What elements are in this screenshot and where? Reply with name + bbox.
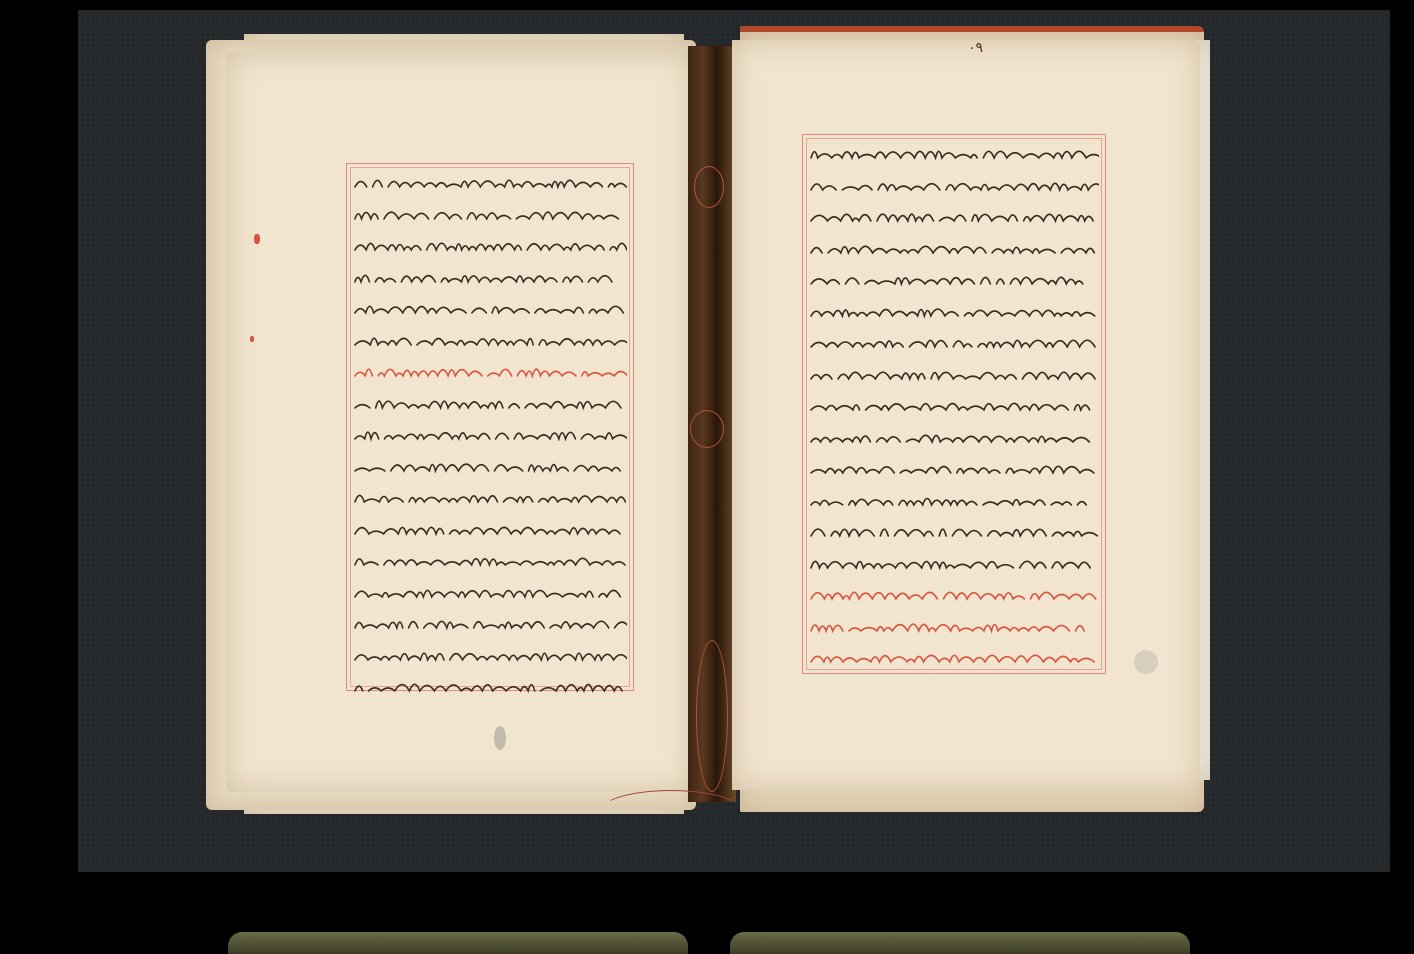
manuscript-line xyxy=(809,139,1099,171)
manuscript-line xyxy=(353,641,627,673)
binding-thread xyxy=(694,166,724,208)
manuscript-line xyxy=(809,234,1099,266)
manuscript-line xyxy=(809,391,1099,423)
manuscript-line xyxy=(353,420,627,452)
manuscript-line xyxy=(353,357,627,389)
manuscript-line xyxy=(809,486,1099,518)
manuscript-line xyxy=(353,389,627,421)
manuscript-line xyxy=(353,294,627,326)
manuscript-line xyxy=(353,546,627,578)
manuscript-line xyxy=(809,265,1099,297)
manuscript-line xyxy=(809,612,1099,644)
manuscript-line xyxy=(809,171,1099,203)
left-text-frame xyxy=(346,163,634,691)
manuscript-line xyxy=(353,483,627,515)
ink-smudge xyxy=(1134,650,1158,674)
manuscript-line xyxy=(353,200,627,232)
red-ink-mark xyxy=(254,234,260,244)
film-strip-edge xyxy=(228,932,688,954)
manuscript-line xyxy=(809,643,1099,675)
binding-thread xyxy=(696,640,728,792)
ink-smudge xyxy=(494,726,506,750)
manuscript-line xyxy=(809,423,1099,455)
manuscript-line xyxy=(353,578,627,610)
manuscript-line xyxy=(809,202,1099,234)
manuscript-line xyxy=(353,515,627,547)
folio-number: ٠٩ xyxy=(968,40,983,56)
manuscript-line xyxy=(809,549,1099,581)
manuscript-line xyxy=(353,452,627,484)
right-text-block xyxy=(809,139,1099,669)
binding-thread xyxy=(690,410,724,448)
manuscript-line xyxy=(353,263,627,295)
manuscript-line xyxy=(353,168,627,200)
right-text-frame xyxy=(802,134,1106,674)
manuscript-line xyxy=(809,360,1099,392)
manuscript-line xyxy=(809,517,1099,549)
manuscript-line xyxy=(809,580,1099,612)
manuscript-line xyxy=(809,297,1099,329)
binding-thread xyxy=(600,790,742,832)
manuscript-line xyxy=(809,454,1099,486)
manuscript-line xyxy=(353,326,627,358)
left-text-block xyxy=(353,168,627,686)
manuscript-line xyxy=(809,328,1099,360)
manuscript-line xyxy=(353,231,627,263)
red-ink-mark xyxy=(250,336,254,342)
manuscript-line xyxy=(353,672,627,704)
manuscript-line xyxy=(353,609,627,641)
film-strip-edge xyxy=(730,932,1190,954)
